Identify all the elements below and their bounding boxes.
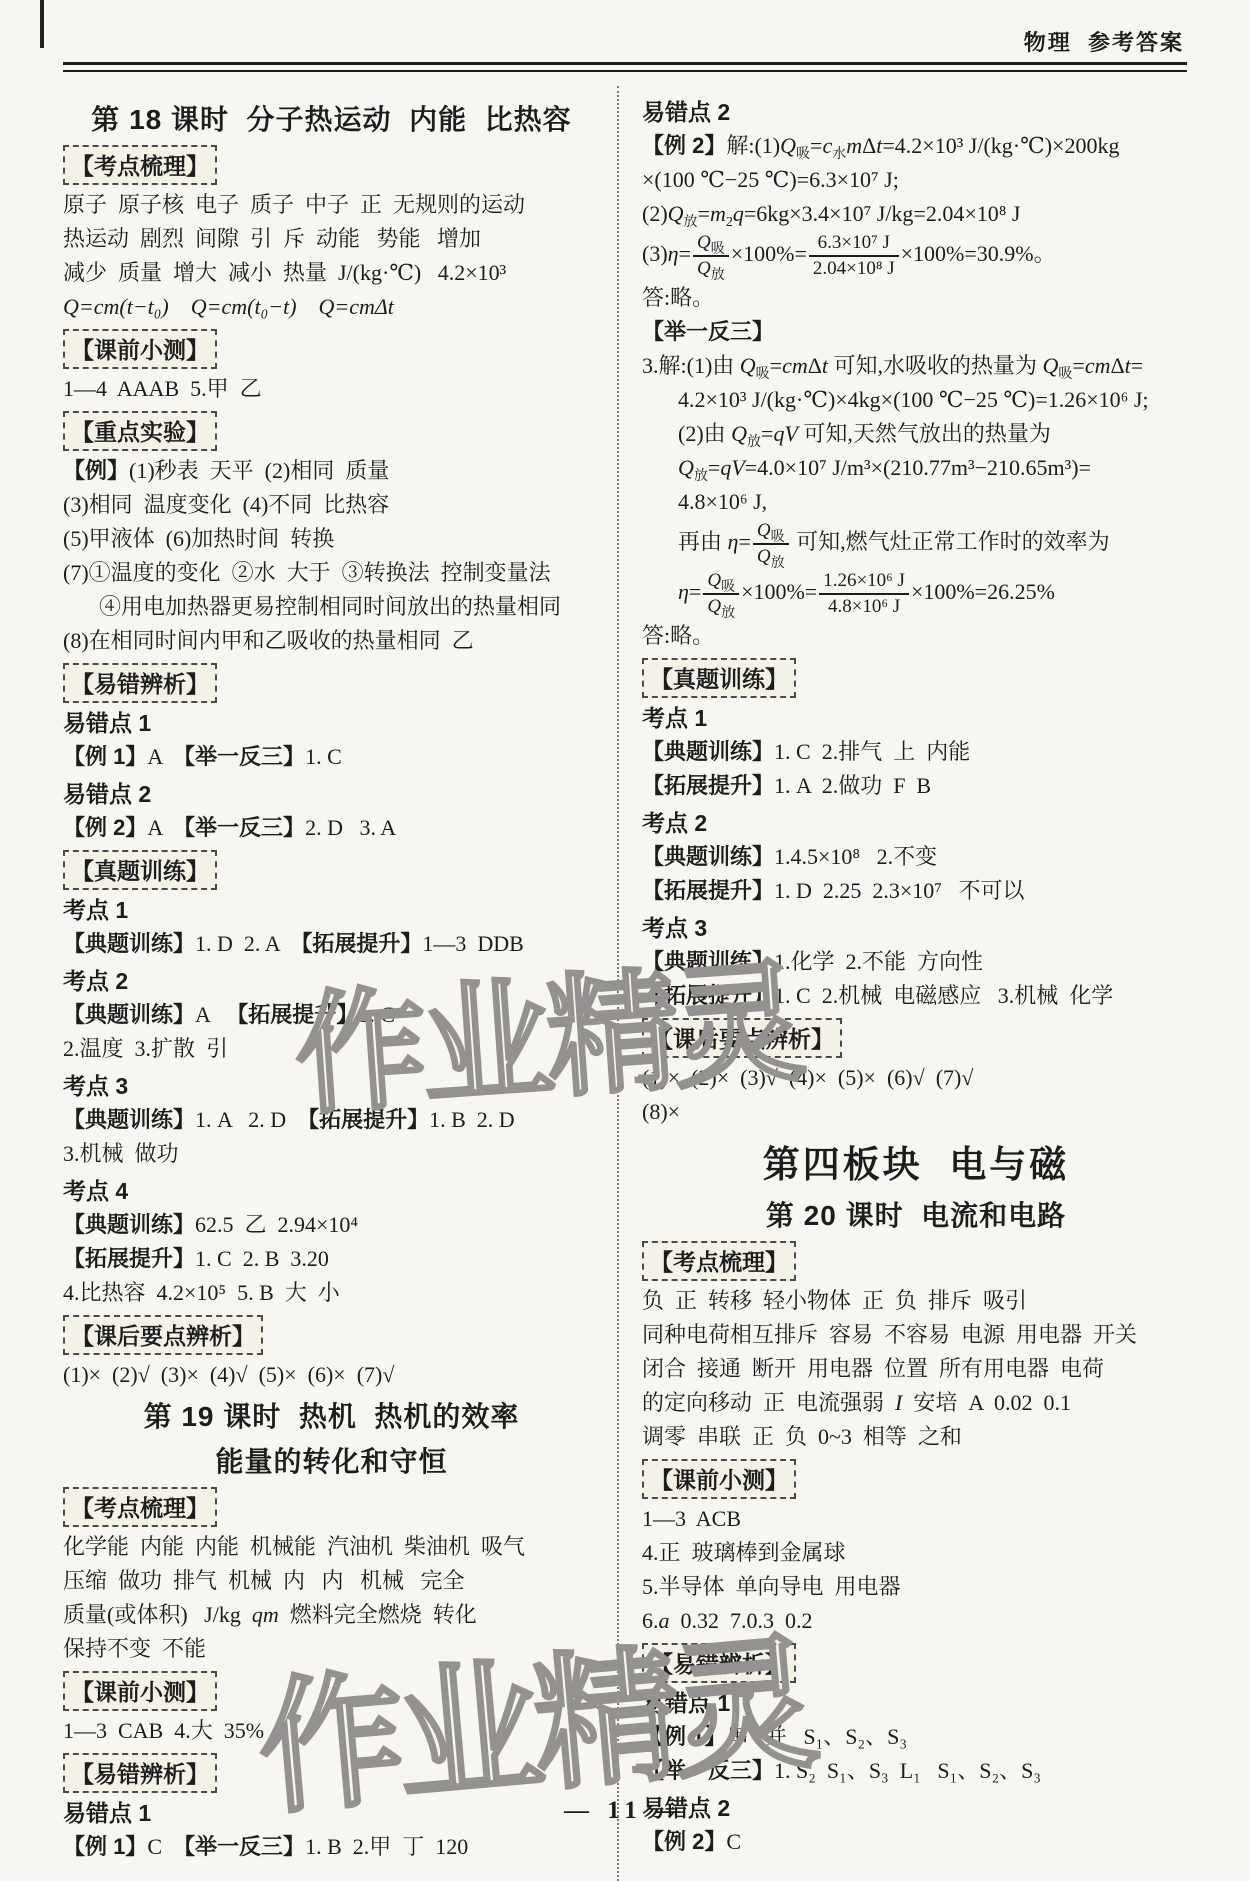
section-label-text: 【易错辨析】 xyxy=(63,1753,217,1793)
answer-line: 【拓展提升】1. C 2.机械 电磁感应 3.机械 化学 xyxy=(642,979,1190,1013)
answer-line: 4.比热容 4.2×10⁵ 5. B 大 小 xyxy=(63,1276,600,1310)
answer-line: 的定向移动 正 电流强弱 I 安培 A 0.02 0.1 xyxy=(642,1386,1190,1420)
answer-line: 同种电荷相互排斥 容易 不容易 电源 用电器 开关 xyxy=(642,1318,1190,1352)
answer-line: (8)在相同时间内甲和乙吸收的热量相同 乙 xyxy=(63,624,600,658)
answer-line: 减少 质量 增大 减小 热量 J/(kg·℃) 4.2×10³ xyxy=(63,256,600,290)
subheading: 考点 2 xyxy=(642,806,1190,840)
answer-line: 化学能 内能 内能 机械能 汽油机 柴油机 吸气 xyxy=(63,1530,600,1564)
subheading: 考点 2 xyxy=(63,964,600,998)
answer-line: 1—3 ACB xyxy=(642,1502,1190,1536)
answer-line: 质量(或体积) J/kg qm 燃料完全燃烧 转化 xyxy=(63,1598,600,1632)
section-label-text: 【课前小测】 xyxy=(63,329,217,369)
answer-line: (7)①温度的变化 ②水 大于 ③转换法 控制变量法 xyxy=(63,556,600,590)
section-label: 【考点梳理】 xyxy=(642,1241,1190,1281)
answer-line: (8)× xyxy=(642,1095,1190,1129)
answer-line: 热运动 剧烈 间隙 引 斥 动能 势能 增加 xyxy=(63,222,600,256)
answer-line: 【典题训练】A 【拓展提升】1. C xyxy=(63,998,600,1032)
section-label-text: 【课前小测】 xyxy=(642,1459,796,1499)
answer-line: 3.解:(1)由 Q吸=cmΔt 可知,水吸收的热量为 Q吸=cmΔt= xyxy=(642,349,1190,383)
answer-line: 【拓展提升】1. C 2. B 3.20 xyxy=(63,1242,600,1276)
answer-line: Q=cm(t−t₀) Q=cm(t₀−t) Q=cmΔt xyxy=(63,290,600,324)
section-label: 【真题训练】 xyxy=(63,850,600,890)
section-label-text: 【易错辨析】 xyxy=(642,1643,796,1683)
answer-line: ④用电加热器更易控制相同时间放出的热量相同 xyxy=(63,590,600,624)
section-label: 【课后要点辨析】 xyxy=(63,1315,600,1355)
answer-line: 6.a 0.32 7.0.3 0.2 xyxy=(642,1604,1190,1638)
answer-line: 压缩 做功 排气 机械 内 内 机械 完全 xyxy=(63,1564,600,1598)
course-title: 第 18 课时 分子热运动 内能 比热容 xyxy=(63,100,600,140)
section-label-text: 【课后要点辨析】 xyxy=(63,1315,263,1355)
answer-page: 物理 参考答案 第 18 课时 分子热运动 内能 比热容【考点梳理】原子 原子核… xyxy=(0,0,1250,1881)
section-label: 【课前小测】 xyxy=(63,1671,600,1711)
answer-line: 2.温度 3.扩散 引 xyxy=(63,1032,600,1066)
left-column: 第 18 课时 分子热运动 内能 比热容【考点梳理】原子 原子核 电子 质子 中… xyxy=(63,95,600,1864)
section-label-text: 【课后要点辨析】 xyxy=(642,1018,842,1058)
section-label: 【考点梳理】 xyxy=(63,1487,600,1527)
answer-line: 【例 1】串 并 S₁、S₂、S₃ xyxy=(642,1720,1190,1754)
answer-line: 再由 η=Q吸Q放 可知,燃气灶正常工作时的效率为 xyxy=(642,519,1190,569)
subheading: 易错点 2 xyxy=(642,95,1190,129)
answer-line: 【典题训练】1. C 2.排气 上 内能 xyxy=(642,735,1190,769)
answer-line: 【例 1】C 【举一反三】1. B 2.甲 丁 120 xyxy=(63,1830,600,1864)
section-label-text: 【考点梳理】 xyxy=(63,1487,217,1527)
right-column: 易错点 2【例 2】解:(1)Q吸=c水mΔt=4.2×10³ J/(kg·℃)… xyxy=(642,92,1190,1859)
subheading: 易错点 1 xyxy=(63,706,600,740)
answer-line: η=Q吸Q放×100%=1.26×10⁶ J4.8×10⁶ J×100%=26.… xyxy=(642,569,1190,619)
answer-line: (5)甲液体 (6)加热时间 转换 xyxy=(63,522,600,556)
section-label-text: 【课前小测】 xyxy=(63,1671,217,1711)
answer-line: ×(100 ℃−25 ℃)=6.3×10⁷ J; xyxy=(642,163,1190,197)
section-label: 【易错辨析】 xyxy=(642,1643,1190,1683)
answer-line: 4.8×10⁶ J, xyxy=(642,485,1190,519)
answer-line: 【典题训练】1.化学 2.不能 方向性 xyxy=(642,945,1190,979)
section-label: 【易错辨析】 xyxy=(63,1753,600,1793)
answer-line: 【典题训练】1. D 2. A 【拓展提升】1—3 DDB xyxy=(63,927,600,961)
course-title: 能量的转化和守恒 xyxy=(63,1442,600,1482)
section-label-text: 【真题训练】 xyxy=(642,658,796,698)
answer-line: (2)由 Q放=qV 可知,天然气放出的热量为 xyxy=(642,417,1190,451)
answer-line: 【例 2】A 【举一反三】2. D 3. A xyxy=(63,811,600,845)
section-label-text: 【考点梳理】 xyxy=(63,145,217,185)
course-title: 第 20 课时 电流和电路 xyxy=(642,1196,1190,1236)
answer-line: 【例 2】解:(1)Q吸=c水mΔt=4.2×10³ J/(kg·℃)×200k… xyxy=(642,129,1190,163)
answer-line: 1—3 CAB 4.大 35% xyxy=(63,1714,600,1748)
section-label: 【重点实验】 xyxy=(63,411,600,451)
section-label: 【课前小测】 xyxy=(642,1459,1190,1499)
column-divider xyxy=(617,86,619,1881)
answer-line: 1—4 AAAB 5.甲 乙 xyxy=(63,372,600,406)
answer-line: (3)相同 温度变化 (4)不同 比热容 xyxy=(63,488,600,522)
answer-line: (1)× (2)√ (3)× (4)√ (5)× (6)× (7)√ xyxy=(63,1358,600,1392)
subheading: 考点 3 xyxy=(642,911,1190,945)
section-label-text: 【真题训练】 xyxy=(63,850,217,890)
answer-line: 5.半导体 单向导电 用电器 xyxy=(642,1570,1190,1604)
answer-line: (1)× (2)× (3)√ (4)× (5)× (6)√ (7)√ xyxy=(642,1061,1190,1095)
subheading: 易错点 2 xyxy=(63,777,600,811)
section-label: 【考点梳理】 xyxy=(63,145,600,185)
answer-line: 【举一反三】1. S₂ S₁、S₃ L₁ S₁、S₂、S₃ xyxy=(642,1754,1190,1788)
subheading: 易错点 1 xyxy=(642,1686,1190,1720)
answer-line: 【典题训练】1. A 2. D 【拓展提升】1. B 2. D xyxy=(63,1103,600,1137)
answer-line: 【典题训练】62.5 乙 2.94×10⁴ xyxy=(63,1208,600,1242)
answer-line: (2)Q放=m2q=6kg×3.4×10⁷ J/kg=2.04×10⁸ J xyxy=(642,197,1190,231)
print-corner-mark xyxy=(40,0,44,48)
answer-line: 保持不变 不能 xyxy=(63,1632,600,1666)
section-label: 【真题训练】 xyxy=(642,658,1190,698)
section-label-text: 【考点梳理】 xyxy=(642,1241,796,1281)
block-title: 第四板块 电与磁 xyxy=(642,1139,1190,1191)
course-title: 第 19 课时 热机 热机的效率 xyxy=(63,1397,600,1437)
header-double-rule xyxy=(63,62,1187,72)
answer-line: 调零 串联 正 负 0~3 相等 之和 xyxy=(642,1420,1190,1454)
page-number: — 11 — xyxy=(0,1797,1250,1825)
answer-line: 闭合 接通 断开 用电器 位置 所有用电器 电荷 xyxy=(642,1352,1190,1386)
section-label: 【课前小测】 xyxy=(63,329,600,369)
answer-line: 【拓展提升】1. D 2.25 2.3×10⁷ 不可以 xyxy=(642,874,1190,908)
answer-line: 【例】(1)秒表 天平 (2)相同 质量 xyxy=(63,454,600,488)
answer-line: (3)η=Q吸Q放×100%=6.3×10⁷ J2.04×10⁸ J×100%=… xyxy=(642,231,1190,281)
section-label-text: 【易错辨析】 xyxy=(63,663,217,703)
subheading: 考点 3 xyxy=(63,1069,600,1103)
answer-line: 4.2×10³ J/(kg·℃)×4kg×(100 ℃−25 ℃)=1.26×1… xyxy=(642,383,1190,417)
section-label: 【易错辨析】 xyxy=(63,663,600,703)
answer-line: 答:略。 xyxy=(642,281,1190,315)
answer-line: 【典题训练】1.4.5×10⁸ 2.不变 xyxy=(642,840,1190,874)
answer-line: 负 正 转移 轻小物体 正 负 排斥 吸引 xyxy=(642,1284,1190,1318)
page-header: 物理 参考答案 xyxy=(1024,26,1184,57)
section-label-text: 【重点实验】 xyxy=(63,411,217,451)
subheading: 考点 1 xyxy=(642,701,1190,735)
answer-line: 3.机械 做功 xyxy=(63,1137,600,1171)
subheading: 考点 4 xyxy=(63,1174,600,1208)
answer-line: 【拓展提升】1. A 2.做功 F B xyxy=(642,769,1190,803)
answer-line: 原子 原子核 电子 质子 中子 正 无规则的运动 xyxy=(63,188,600,222)
answer-line: 4.正 玻璃棒到金属球 xyxy=(642,1536,1190,1570)
answer-line: 【例 2】C xyxy=(642,1825,1190,1859)
answer-line: 答:略。 xyxy=(642,619,1190,653)
answer-line: 【例 1】A 【举一反三】1. C xyxy=(63,740,600,774)
answer-line: 【举一反三】 xyxy=(642,315,1190,349)
answer-line: Q放=qV=4.0×10⁷ J/m³×(210.77m³−210.65m³)= xyxy=(642,451,1190,485)
subheading: 考点 1 xyxy=(63,893,600,927)
section-label: 【课后要点辨析】 xyxy=(642,1018,1190,1058)
